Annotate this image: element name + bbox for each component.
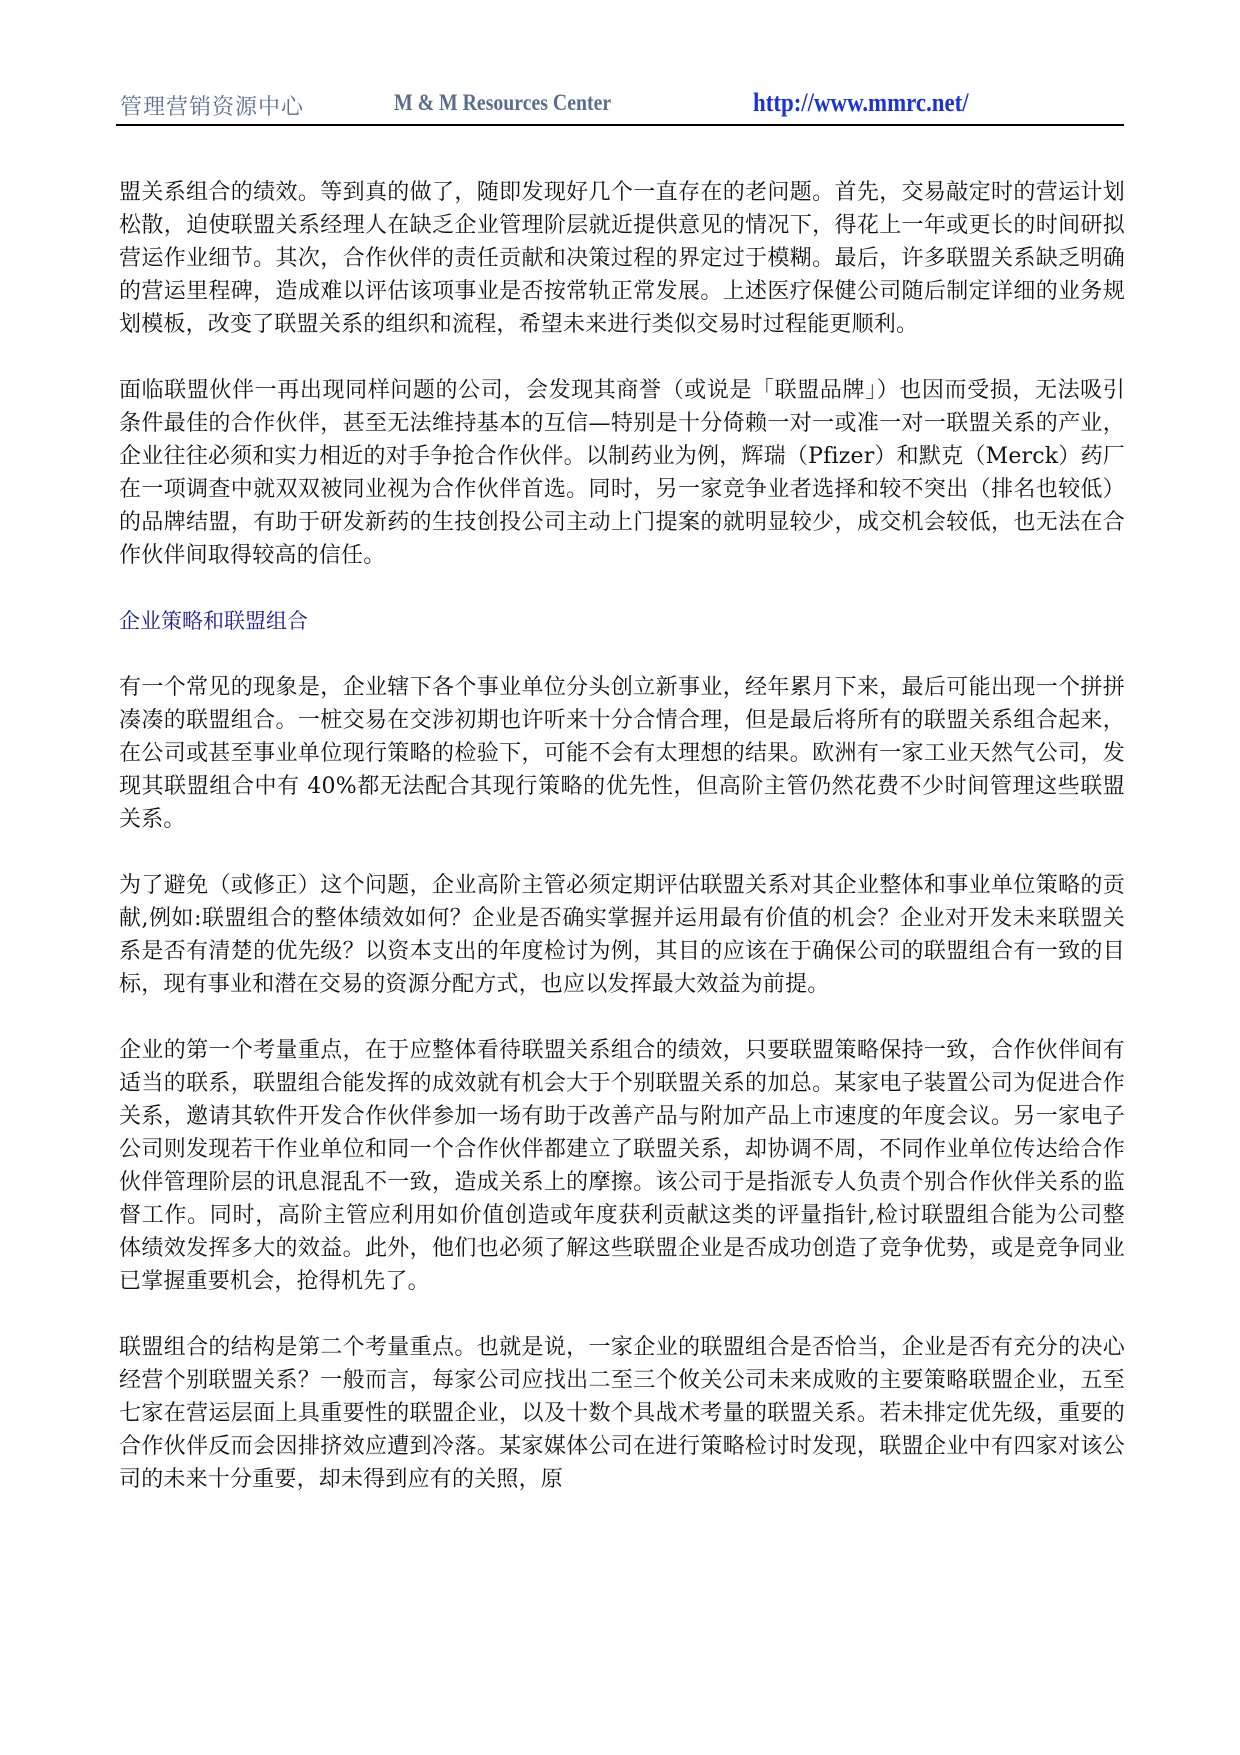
page-header: 管理营销资源中心 M & M Resources Center http://w…: [116, 86, 1124, 126]
section-paragraph-2: 为了避免（或修正）这个问题，企业高阶主管必须定期评估联盟关系对其企业整体和事业单…: [119, 869, 1125, 1001]
header-title-en: M & M Resources Center: [394, 90, 611, 116]
paragraph-1: 盟关系组合的绩效。等到真的做了，随即发现好几个一直存在的老问题。首先，交易敲定时…: [119, 176, 1125, 341]
paragraph-gap: [119, 638, 1125, 671]
paragraph-gap: [119, 1001, 1125, 1034]
section-heading: 企业策略和联盟组合: [119, 605, 1125, 638]
paragraph-gap: [119, 836, 1125, 869]
paragraph-gap: [119, 1298, 1125, 1331]
section-paragraph-3: 企业的第一个考量重点，在于应整体看待联盟关系组合的绩效，只要联盟策略保持一致，合…: [119, 1034, 1125, 1298]
paragraph-gap: [119, 572, 1125, 605]
section-paragraph-4: 联盟组合的结构是第二个考量重点。也就是说，一家企业的联盟组合是否恰当，企业是否有…: [119, 1331, 1125, 1496]
paragraph-gap: [119, 341, 1125, 374]
document-body: 盟关系组合的绩效。等到真的做了，随即发现好几个一直存在的老问题。首先，交易敲定时…: [119, 176, 1125, 1496]
header-url-link[interactable]: http://www.mmrc.net/: [753, 88, 969, 118]
header-title-cn: 管理营销资源中心: [120, 90, 304, 121]
paragraph-2: 面临联盟伙伴一再出现同样问题的公司，会发现其商誉（或说是「联盟品牌」）也因而受损…: [119, 374, 1125, 572]
section-paragraph-1: 有一个常见的现象是，企业辖下各个事业单位分头创立新事业，经年累月下来，最后可能出…: [119, 671, 1125, 836]
